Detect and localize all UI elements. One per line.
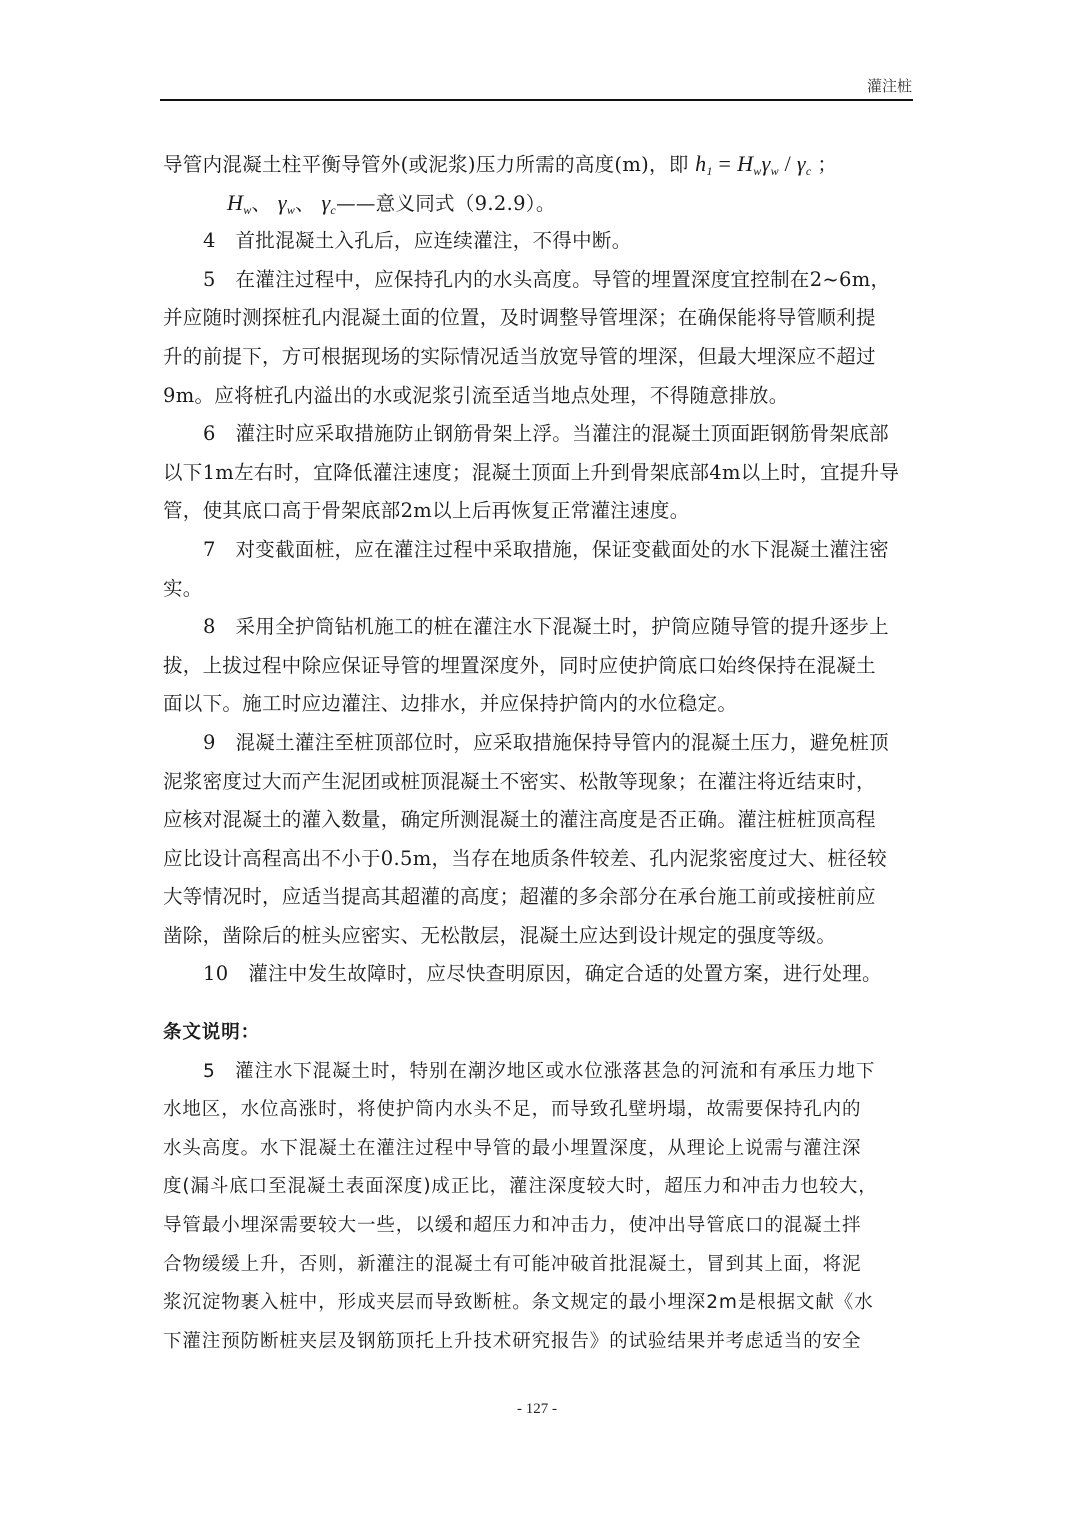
- explanation-title: 条文说明：: [163, 1014, 913, 1053]
- clause-paragraphs: 4 首批混凝土入孔后，应连续灌注，不得中断。5 在灌注过程中，应保持孔内的水头高…: [163, 222, 913, 994]
- text-line: 升的前提下，方可根据现场的实际情况适当放宽导管的埋深，但最大埋深应不超过: [163, 338, 913, 377]
- page-header: 灌注桩: [160, 76, 912, 100]
- formula-end-text: ；: [817, 153, 837, 176]
- formula-equals: =: [713, 151, 737, 176]
- formula-symbol: γ: [762, 151, 771, 176]
- separator: 、: [252, 192, 272, 215]
- text-line: 合物缓缓上升，否则，新灌注的混凝土有可能冲破首批混凝土，冒到其上面，将泥: [163, 1246, 913, 1285]
- text-line: 度(漏斗底口至混凝土表面深度)成正比，灌注深度较大时，超压力和冲击力也较大，: [163, 1168, 913, 1207]
- symbol-gamma-c: γc: [321, 190, 336, 215]
- text-line: 下灌注预防断桩夹层及钢筋顶托上升技术研究报告》的试验结果并考虑适当的安全: [163, 1323, 913, 1362]
- symbol-Hw: Hw: [227, 190, 252, 215]
- formula-subscript: w: [287, 203, 295, 217]
- section-gap: [163, 994, 913, 1014]
- header-rule: [160, 99, 913, 101]
- symbol-gamma-w: γw: [278, 190, 295, 215]
- text-line: 4 首批混凝土入孔后，应连续灌注，不得中断。: [163, 222, 913, 261]
- text-line: 水地区，水位高涨时，将使护筒内水头不足，而导致孔壁坍塌，故需要保持孔内的: [163, 1091, 913, 1130]
- symbols-definition-line: Hw、 γw、 γc——意义同式（9.2.9）。: [163, 184, 913, 223]
- text-line: 9m。应将桩孔内溢出的水或泥浆引流至适当地点处理，不得随意排放。: [163, 377, 913, 416]
- header-title: 灌注桩: [867, 76, 912, 96]
- text-line: 管，使其底口高于骨架底部2m以上后再恢复正常灌注速度。: [163, 492, 913, 531]
- formula-h1: h1 = Hwγw / γc: [695, 151, 817, 176]
- text-line: 7 对变截面桩，应在灌注过程中采取措施，保证变截面处的水下混凝土灌注密: [163, 531, 913, 570]
- document-body: 导管内混凝土柱平衡导管外(或泥浆)压力所需的高度(m)，即 h1 = Hwγw …: [163, 145, 913, 1361]
- text-line: 9 混凝土灌注至桩顶部位时，应采取措施保持导管内的混凝土压力，避免桩顶: [163, 724, 913, 763]
- text-line: 浆沉淀物裹入桩中，形成夹层而导致断桩。条文规定的最小埋深2m是根据文献《水: [163, 1284, 913, 1323]
- text-line: 并应随时测探桩孔内混凝土面的位置，及时调整导管埋深；在确保能将导管顺利提: [163, 299, 913, 338]
- separator: 、: [295, 192, 315, 215]
- formula-subscript: c: [806, 164, 812, 178]
- text-line: 以下1m左右时，宜降低灌注速度；混凝土顶面上升到骨架底部4m以上时，宜提升导: [163, 454, 913, 493]
- symbols-definition-text: ——意义同式（9.2.9）。: [336, 192, 556, 215]
- text-line: 应核对混凝土的灌入数量，确定所测混凝土的灌注高度是否正确。灌注桩桩顶高程: [163, 801, 913, 840]
- formula-line: 导管内混凝土柱平衡导管外(或泥浆)压力所需的高度(m)，即 h1 = Hwγw …: [163, 145, 913, 184]
- text-line: 5 灌注水下混凝土时，特别在潮汐地区或水位涨落甚急的河流和有承压力地下: [163, 1053, 913, 1092]
- text-line: 凿除，凿除后的桩头应密实、无松散层，混凝土应达到设计规定的强度等级。: [163, 917, 913, 956]
- clause-explanation: 条文说明： 5 灌注水下混凝土时，特别在潮汐地区或水位涨落甚急的河流和有承压力地…: [163, 1014, 913, 1361]
- formula-symbol: H: [737, 151, 753, 176]
- page-number: - 127 -: [0, 1401, 1074, 1418]
- text-line: 6 灌注时应采取措施防止钢筋骨架上浮。当灌注的混凝土顶面距钢筋骨架底部: [163, 415, 913, 454]
- formula-symbol: h: [695, 151, 706, 176]
- text-line: 应比设计高程高出不小于0.5m，当存在地质条件较差、孔内泥浆密度过大、桩径较: [163, 840, 913, 879]
- formula-subscript: w: [771, 164, 779, 178]
- text-line: 5 在灌注过程中，应保持孔内的水头高度。导管的埋置深度宜控制在2~6m，: [163, 261, 913, 300]
- formula-symbol: γ: [278, 190, 287, 215]
- text-line: 水头高度。水下混凝土在灌注过程中导管的最小埋置深度，从理论上说需与灌注深: [163, 1130, 913, 1169]
- text-line: 泥浆密度过大而产生泥团或桩顶混凝土不密实、松散等现象；在灌注将近结束时，: [163, 763, 913, 802]
- text-line: 10 灌注中发生故障时，应尽快查明原因，确定合适的处置方案，进行处理。: [163, 955, 913, 994]
- text-line: 导管最小埋深需要较大一些，以缓和超压力和冲击力，使冲出导管底口的混凝土拌: [163, 1207, 913, 1246]
- formula-intro-text: 导管内混凝土柱平衡导管外(或泥浆)压力所需的高度(m)，即: [163, 153, 689, 176]
- formula-symbol: H: [227, 190, 243, 215]
- formula-subscript: w: [243, 203, 251, 217]
- text-line: 8 采用全护筒钻机施工的桩在灌注水下混凝土时，护筒应随导管的提升逐步上: [163, 608, 913, 647]
- formula-subscript: w: [753, 164, 761, 178]
- formula-symbol: γ: [797, 151, 806, 176]
- formula-slash: /: [779, 151, 797, 176]
- explanation-paragraphs: 5 灌注水下混凝土时，特别在潮汐地区或水位涨落甚急的河流和有承压力地下水地区，水…: [163, 1053, 913, 1362]
- text-line: 大等情况时，应适当提高其超灌的高度；超灌的多余部分在承台施工前或接桩前应: [163, 878, 913, 917]
- text-line: 面以下。施工时应边灌注、边排水，并应保持护筒内的水位稳定。: [163, 685, 913, 724]
- text-line: 拔，上拔过程中除应保证导管的埋置深度外，同时应使护筒底口始终保持在混凝土: [163, 647, 913, 686]
- text-line: 实。: [163, 570, 913, 609]
